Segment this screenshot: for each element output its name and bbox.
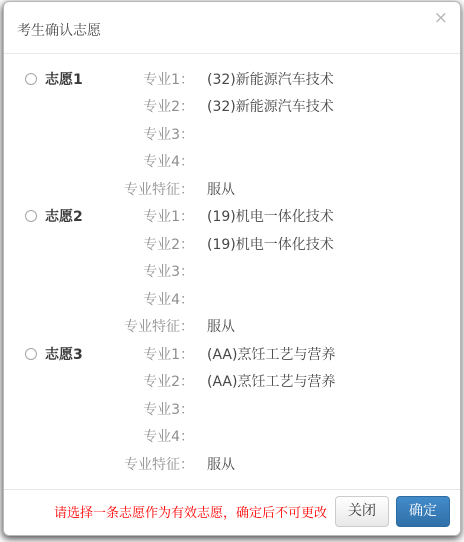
preference-block-2: 志愿2 专业1： (19)机电一体化技术 专业2： (19)机电一体化技术 专业… [4, 203, 460, 341]
close-icon[interactable]: × [434, 10, 448, 27]
major-value: (19)机电一体化技术 [194, 234, 334, 254]
major-value: 服从 [194, 454, 235, 474]
major-label: 专业4： [4, 151, 194, 171]
warning-message: 请选择一条志愿作为有效志愿，确定后不可更改 [54, 502, 327, 521]
major-row: 专业3： [4, 395, 460, 423]
major-row: 专业4： [4, 423, 460, 451]
major-row: 专业2： (19)机电一体化技术 [4, 230, 460, 258]
major-value: (32)新能源汽车技术 [194, 69, 334, 89]
major-label: 专业4： [4, 426, 194, 446]
preference-label: 志愿3 [45, 344, 83, 364]
confirm-preference-dialog: 考生确认志愿 × 志愿1 专业1： (32)新能源汽车技术 专业2： (32)新… [3, 1, 461, 536]
radio-icon[interactable] [25, 348, 37, 360]
major-value: 服从 [194, 179, 235, 199]
major-label: 专业4： [4, 289, 194, 309]
preference-3-radio[interactable]: 志愿3 [25, 340, 83, 368]
radio-icon[interactable] [25, 210, 37, 222]
preference-label: 志愿2 [45, 206, 83, 226]
major-label: 专业2： [4, 234, 194, 254]
major-value: 服从 [194, 316, 235, 336]
major-row: 专业2： (32)新能源汽车技术 [4, 93, 460, 121]
close-button[interactable]: 关闭 [335, 496, 389, 528]
preference-label: 志愿1 [45, 69, 83, 89]
major-label: 专业2： [4, 371, 194, 391]
radio-icon[interactable] [25, 73, 37, 85]
major-label: 专业特征： [4, 179, 194, 199]
dialog-footer: 请选择一条志愿作为有效志愿，确定后不可更改 关闭 确定 [4, 489, 460, 535]
dialog-header: 考生确认志愿 × [4, 2, 460, 54]
confirm-button[interactable]: 确定 [396, 496, 450, 528]
major-label: 专业3： [4, 399, 194, 419]
dialog-body: 志愿1 专业1： (32)新能源汽车技术 专业2： (32)新能源汽车技术 专业… [4, 54, 460, 489]
major-label: 专业特征： [4, 316, 194, 336]
preference-block-1: 志愿1 专业1： (32)新能源汽车技术 专业2： (32)新能源汽车技术 专业… [4, 65, 460, 203]
major-value: (32)新能源汽车技术 [194, 96, 334, 116]
major-value: (AA)烹饪工艺与营养 [194, 371, 335, 391]
major-row: 专业3： [4, 258, 460, 286]
dialog-title: 考生确认志愿 [17, 23, 101, 39]
major-value: (AA)烹饪工艺与营养 [194, 344, 335, 364]
major-label: 专业特征： [4, 454, 194, 474]
major-row: 专业3： [4, 120, 460, 148]
major-row: 专业特征： 服从 [4, 450, 460, 478]
major-row: 专业4： [4, 148, 460, 176]
major-row: 专业4： [4, 285, 460, 313]
major-value: (19)机电一体化技术 [194, 206, 334, 226]
preference-1-radio[interactable]: 志愿1 [25, 65, 83, 93]
major-row: 专业2： (AA)烹饪工艺与营养 [4, 368, 460, 396]
major-label: 专业2： [4, 96, 194, 116]
major-row: 专业特征： 服从 [4, 313, 460, 341]
preference-2-radio[interactable]: 志愿2 [25, 203, 83, 231]
major-label: 专业3： [4, 261, 194, 281]
major-row: 专业特征： 服从 [4, 175, 460, 203]
major-label: 专业3： [4, 124, 194, 144]
preference-block-3: 志愿3 专业1： (AA)烹饪工艺与营养 专业2： (AA)烹饪工艺与营养 专业… [4, 340, 460, 478]
